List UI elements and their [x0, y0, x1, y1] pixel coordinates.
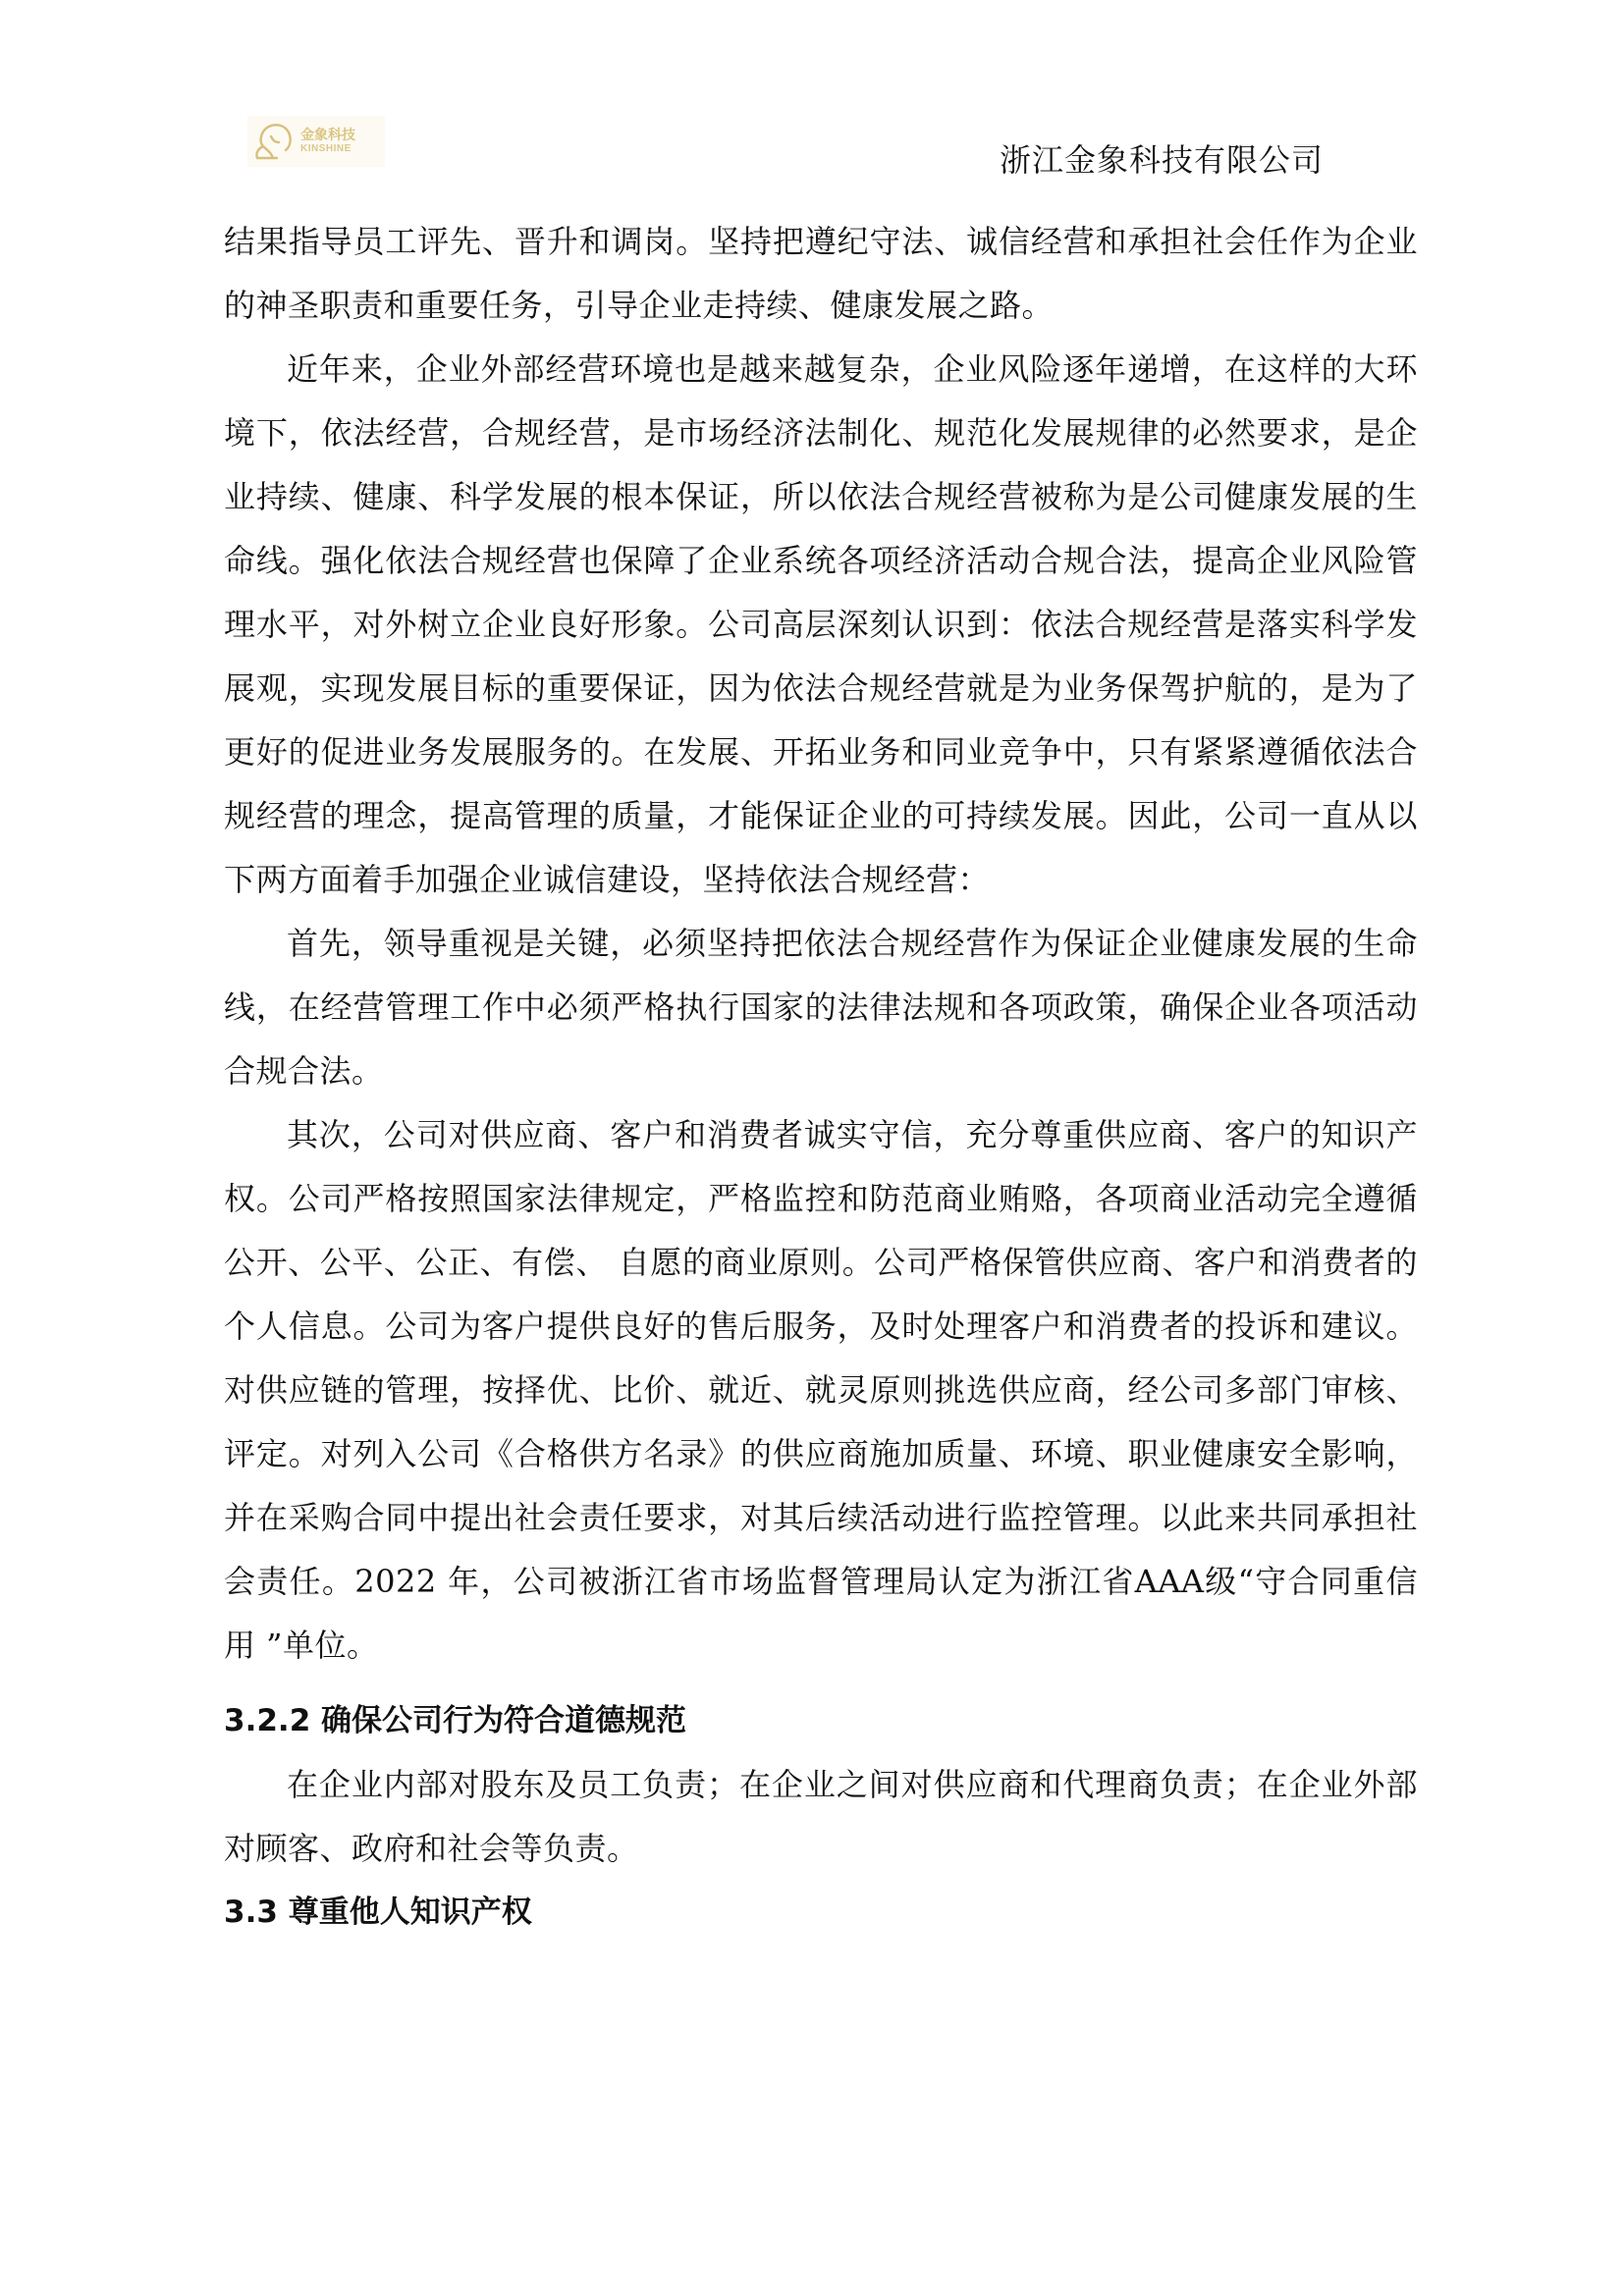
- logo-english-text: KINSHINE: [300, 144, 355, 154]
- body-paragraph: 在企业内部对股东及员工负责；在企业之间对供应商和代理商负责；在企业外部对顾客、政…: [224, 1753, 1418, 1881]
- logo-chinese-text: 金象科技: [300, 129, 355, 142]
- body-paragraph: 其次，公司对供应商、客户和消费者诚实守信，充分尊重供应商、客户的知识产权。公司严…: [224, 1103, 1418, 1678]
- document-body: 结果指导员工评先、晋升和调岗。坚持把遵纪守法、诚信经营和承担社会任作为企业的神圣…: [224, 210, 1418, 1945]
- section-heading-3-3: 3.3 尊重他人知识产权: [224, 1881, 1418, 1945]
- body-paragraph: 结果指导员工评先、晋升和调岗。坚持把遵纪守法、诚信经营和承担社会任作为企业的神圣…: [224, 210, 1418, 338]
- company-logo: 金象科技 KINSHINE: [247, 116, 385, 167]
- header-company-name: 浙江金象科技有限公司: [1000, 135, 1324, 181]
- elephant-logo-icon: [251, 119, 297, 164]
- body-paragraph: 首先，领导重视是关键，必须坚持把依法合规经营作为保证企业健康发展的生命线，在经营…: [224, 912, 1418, 1103]
- body-paragraph: 近年来，企业外部经营环境也是越来越复杂，企业风险逐年递增，在这样的大环境下，依法…: [224, 338, 1418, 912]
- page-header: 金象科技 KINSHINE 浙江金象科技有限公司: [0, 0, 1624, 196]
- section-heading-3-2-2: 3.2.2 确保公司行为符合道德规范: [224, 1689, 1418, 1753]
